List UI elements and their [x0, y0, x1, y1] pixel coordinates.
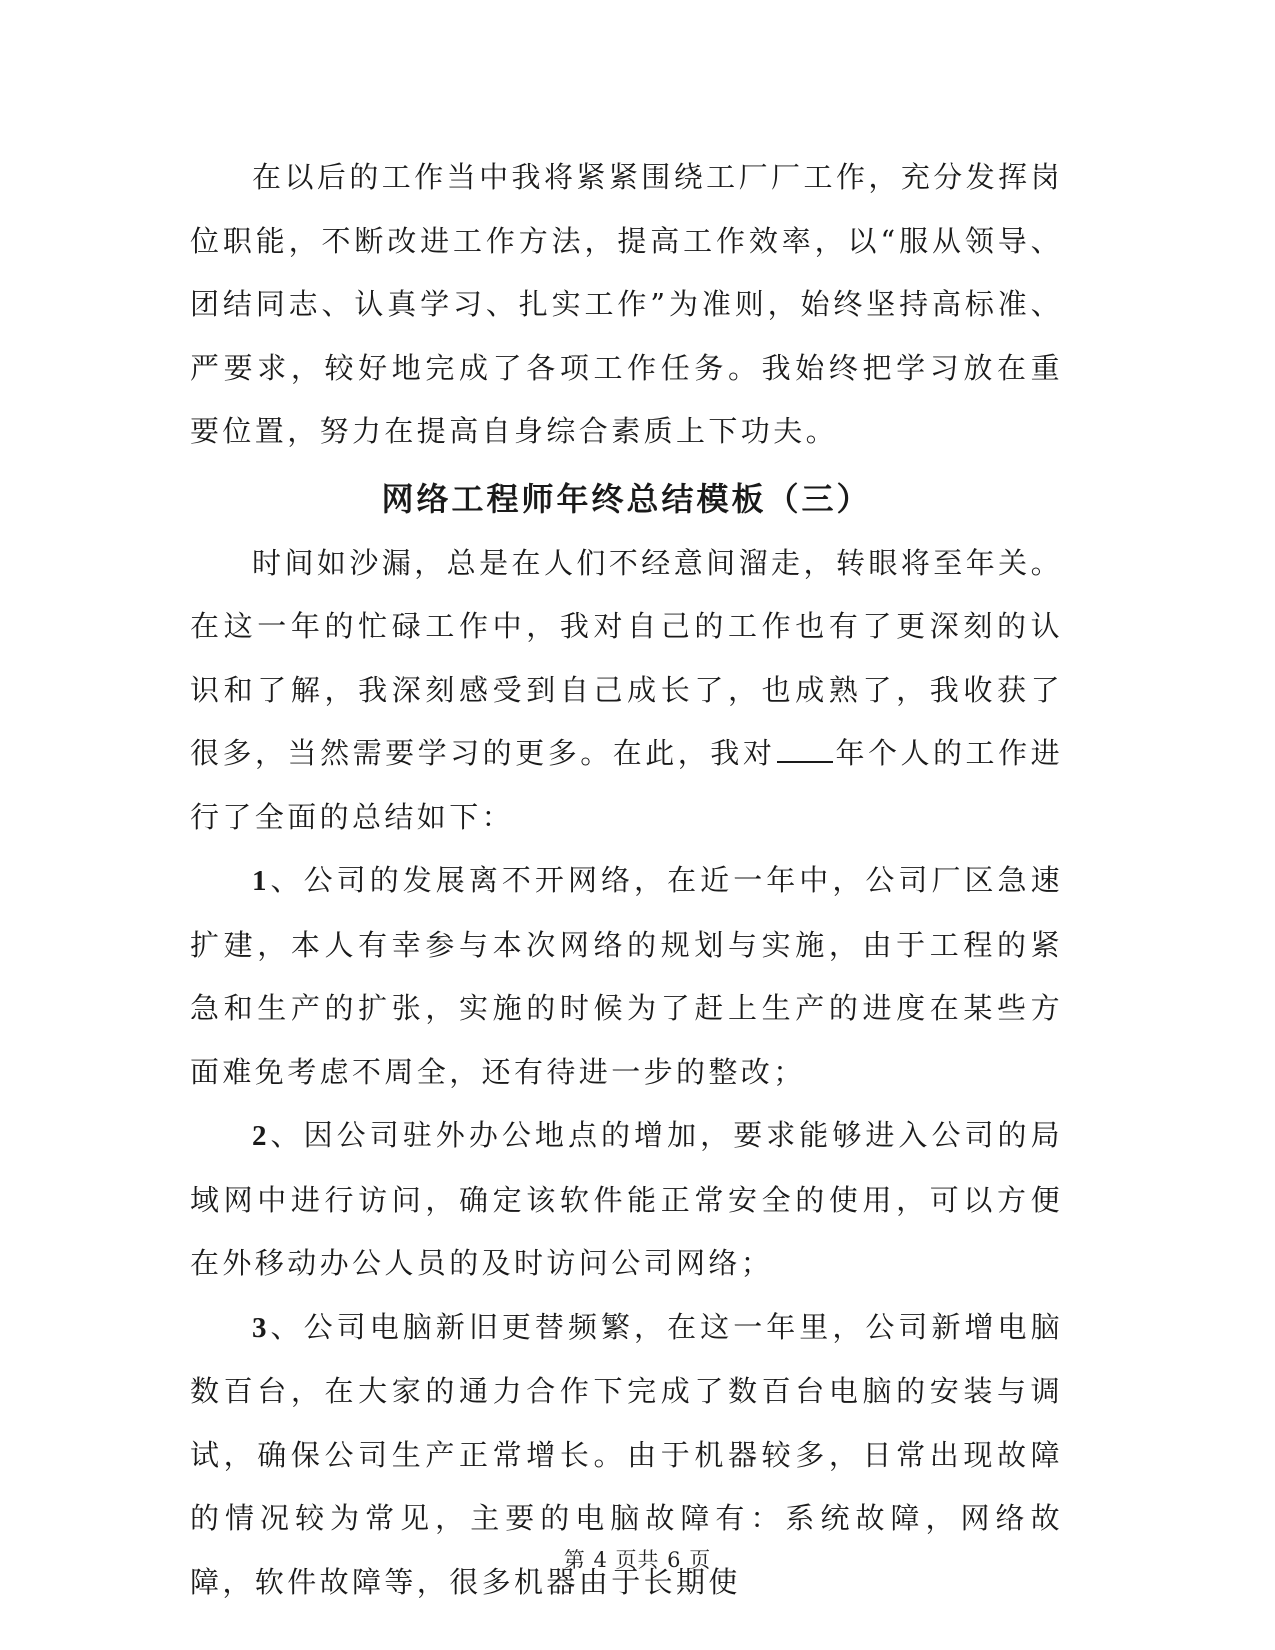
item-number: 1: [252, 865, 270, 897]
opening-paragraph: 时间如沙漏，总是在人们不经意间溜走，转眼将至年关。在这一年的忙碌工作中，我对自己…: [190, 532, 1063, 850]
item-text: 因公司驻外办公地点的增加，要求能够进入公司的局域网中进行访问，确定该软件能正常安…: [190, 1118, 1063, 1280]
list-item: 2、因公司驻外办公地点的增加，要求能够进入公司的局域网中进行访问，确定该软件能正…: [190, 1104, 1063, 1296]
intro-paragraph: 在以后的工作当中我将紧紧围绕工厂厂工作，充分发挥岗位职能，不断改进工作方法，提高…: [190, 146, 1063, 464]
item-separator: 、: [270, 863, 304, 897]
item-number: 3: [252, 1312, 270, 1344]
list-item: 1、公司的发展离不开网络，在近一年中，公司厂区急速扩建，本人有幸参与本次网络的规…: [190, 849, 1063, 1104]
year-blank-field: [777, 737, 833, 763]
document-page: 在以后的工作当中我将紧紧围绕工厂厂工作，充分发挥岗位职能，不断改进工作方法，提高…: [0, 0, 1275, 1650]
item-separator: 、: [270, 1310, 304, 1344]
page-number-label: 第 4 页共 6 页: [564, 1548, 711, 1572]
item-separator: 、: [270, 1118, 304, 1152]
page-footer: 第 4 页共 6 页: [0, 1544, 1275, 1574]
item-number: 2: [252, 1120, 270, 1152]
item-text: 公司的发展离不开网络，在近一年中，公司厂区急速扩建，本人有幸参与本次网络的规划与…: [190, 863, 1063, 1089]
section-title: 网络工程师年终总结模板（三）: [190, 466, 1063, 532]
page-content: 在以后的工作当中我将紧紧围绕工厂厂工作，充分发挥岗位职能，不断改进工作方法，提高…: [190, 146, 1063, 1614]
